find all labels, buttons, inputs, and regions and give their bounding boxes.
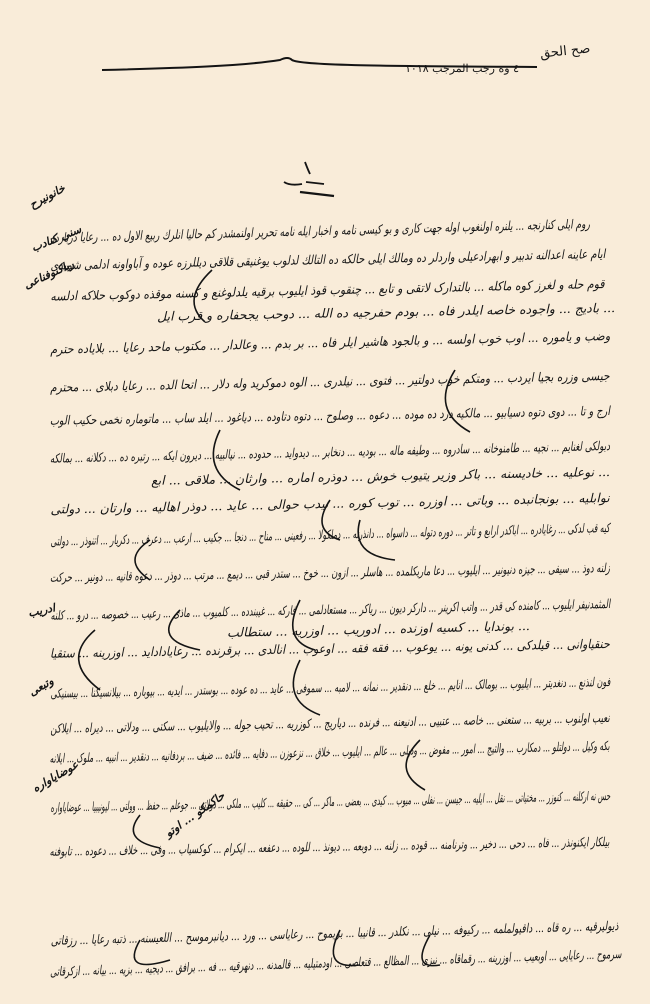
body-line: حس نه ارکلنه ... کنوزر ... مختیاتی ... ن… (50, 790, 610, 814)
body-line: قوم حله و لغرز کوه ماکله ... بالتدارک لا… (51, 278, 605, 303)
body-line: کیه قب لدکی ... رغایادره ... اباکدر اراب… (50, 522, 610, 548)
body-line: حنقیاوانی ... قیلدکی ... کدنی یونه ... ی… (50, 638, 610, 660)
body-line: زلنه دوذ ... سیفی ... جیزه دنیونیر ... ا… (50, 562, 610, 584)
body-line: ... نوعلیه ... خادیسنه ... باکر وزیر یتی… (151, 466, 610, 487)
body-line: وضب و یاموره ... اوب خوب اولسه ... و بال… (50, 330, 610, 356)
body-line: بکه وکیل ... دولتلو ... دمکارب ... والتی… (50, 740, 610, 765)
body-line: نوابلیه ... بونجانبده ... وباتی ... اوزر… (51, 492, 611, 516)
document-page: صح الحق ٤ وه رجب المرجب ١٠١٨ روم ایلی کن… (0, 0, 650, 1004)
body-line: بیلکار ایکنونذر ... فاه ... دحی ... دخیر… (50, 836, 610, 858)
body-line: نعیب اولنوب ... بربیه ... ستعنی ... خاصه… (50, 712, 610, 735)
body-line: فون لنذنع ... دنغدیتر ... ایلیوب ... بوم… (50, 676, 610, 700)
margin-note: خانونیرح (27, 182, 67, 212)
header-title: صح الحق (539, 41, 591, 61)
body-line: ... بادیج ... واجوده خاصه ایلدر فاه ... … (157, 302, 615, 323)
body-line: دبولکی لغنایم ... نجیه ... طامنوخانه ...… (50, 440, 610, 465)
approval-mark-icon (280, 160, 340, 200)
body-line: ارج و تا ... دوی دتوه دسیابیو ... مالکیه… (50, 405, 610, 427)
body-line: روم ایلی کنارنجه ... یلنره اولنغوب اوله … (50, 218, 590, 245)
closing-line: سرموح ... رعایایی ... اوبعیب ... اوزرینه… (50, 948, 622, 978)
body-line: ایام عاینه اعدالنه تدبیر و ابهرادعیلی وا… (50, 248, 605, 272)
body-line: ... بوندایا ... کسیه اوزنده ... ادوریب .… (227, 620, 530, 639)
margin-note: ریاکنوفناعی (22, 257, 76, 291)
closing-line: ذیولیرقیه ... ره قاه ... داقیولملمه ... … (50, 920, 618, 947)
body-line: جیسی وزره بجیا ایردب ... ومتکم خوب دولتی… (50, 370, 610, 394)
header-date: ٤ وه رجب المرجب ١٠١٨ (405, 62, 519, 75)
